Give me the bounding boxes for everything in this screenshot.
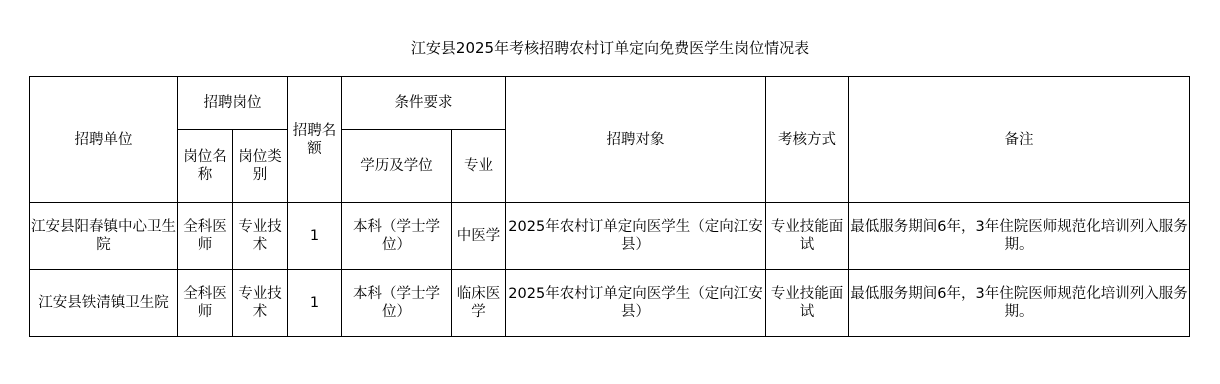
table-row: 江安县阳春镇中心卫生院 全科医师 专业技术 1 本科（学士学位） 中医学 202… [30, 203, 1190, 270]
header-unit: 招聘单位 [30, 77, 178, 203]
cell-major: 临床医学 [452, 270, 506, 337]
cell-position-type: 专业技术 [233, 203, 288, 270]
header-position-name: 岗位名称 [178, 130, 233, 203]
recruitment-table: 招聘单位 招聘岗位 招聘名额 条件要求 招聘对象 考核方式 备注 岗位名称 岗位… [29, 76, 1190, 337]
cell-unit: 江安县阳春镇中心卫生院 [30, 203, 178, 270]
header-method: 考核方式 [766, 77, 849, 203]
header-target: 招聘对象 [506, 77, 766, 203]
cell-position-type: 专业技术 [233, 270, 288, 337]
cell-quota: 1 [288, 270, 342, 337]
cell-quota: 1 [288, 203, 342, 270]
header-education: 学历及学位 [342, 130, 452, 203]
header-position-group: 招聘岗位 [178, 77, 288, 130]
cell-remarks: 最低服务期间6年，3年住院医师规范化培训列入服务期。 [849, 270, 1190, 337]
cell-target: 2025年农村订单定向医学生（定向江安县） [506, 270, 766, 337]
cell-method: 专业技能面试 [766, 270, 849, 337]
cell-method: 专业技能面试 [766, 203, 849, 270]
cell-unit: 江安县铁清镇卫生院 [30, 270, 178, 337]
cell-education: 本科（学士学位） [342, 203, 452, 270]
cell-position-name: 全科医师 [178, 203, 233, 270]
cell-target: 2025年农村订单定向医学生（定向江安县） [506, 203, 766, 270]
cell-remarks: 最低服务期间6年，3年住院医师规范化培训列入服务期。 [849, 203, 1190, 270]
header-quota: 招聘名额 [288, 77, 342, 203]
document-title: 江安县2025年考核招聘农村订单定向免费医学生岗位情况表 [0, 38, 1220, 58]
header-major: 专业 [452, 130, 506, 203]
header-conditions-group: 条件要求 [342, 77, 506, 130]
table-row: 江安县铁清镇卫生院 全科医师 专业技术 1 本科（学士学位） 临床医学 2025… [30, 270, 1190, 337]
header-row-1: 招聘单位 招聘岗位 招聘名额 条件要求 招聘对象 考核方式 备注 [30, 77, 1190, 130]
cell-education: 本科（学士学位） [342, 270, 452, 337]
header-position-type: 岗位类别 [233, 130, 288, 203]
cell-major: 中医学 [452, 203, 506, 270]
cell-position-name: 全科医师 [178, 270, 233, 337]
header-remarks: 备注 [849, 77, 1190, 203]
